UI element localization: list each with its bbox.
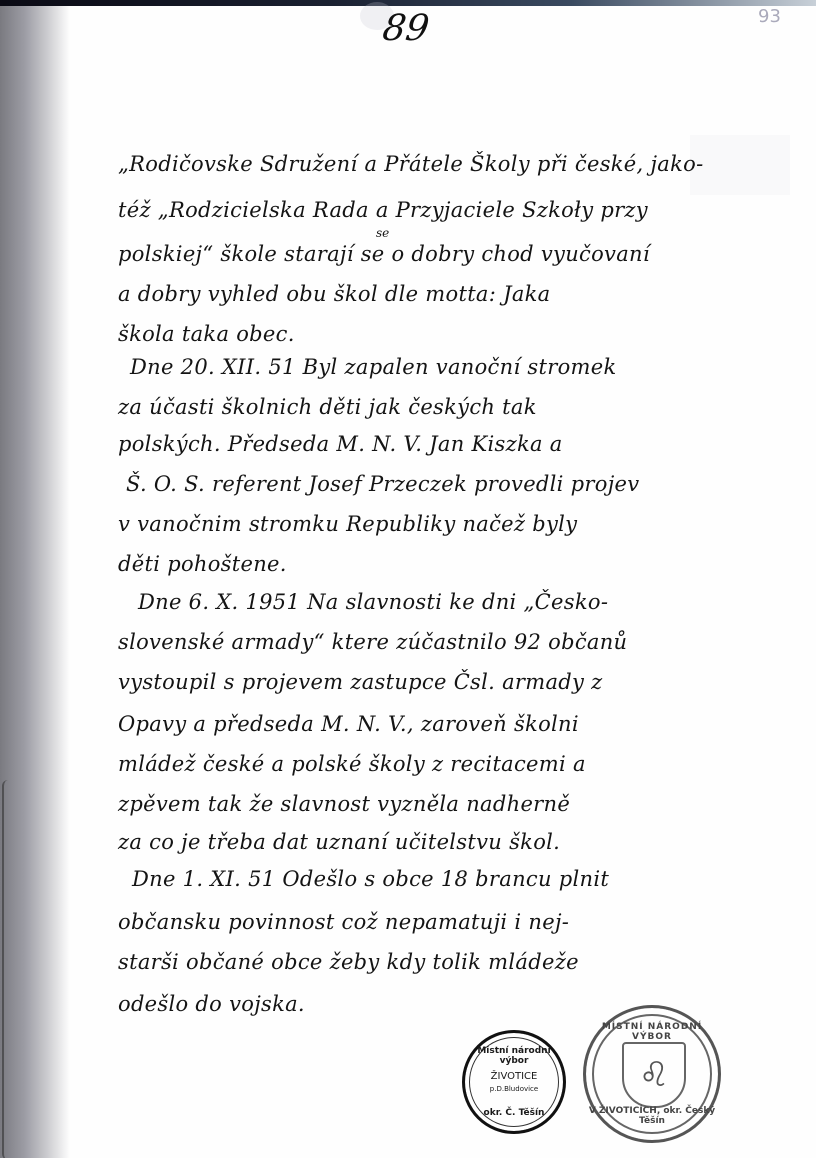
stamp-sub-text: p.D.Bludovice <box>465 1085 563 1093</box>
text-line: Opavy a předseda M. N. V., zaroveň školn… <box>118 712 579 736</box>
text-line: Dne 6. X. 1951 Na slavnosti ke dni „Česk… <box>138 590 608 614</box>
text-line: starši občané obce žeby kdy tolik mládež… <box>118 950 579 974</box>
page-number: 89 <box>380 8 432 49</box>
text-line: mládež české a polské školy z recitacemi… <box>118 752 586 776</box>
scan-page-fold <box>2 780 14 1158</box>
text-line: Š. O. S. referent Josef Przeczek provedl… <box>126 472 639 496</box>
text-line: děti pohoštene. <box>118 552 287 576</box>
text-line: za účasti školnich děti jak českých tak <box>118 395 537 419</box>
superscript-insertion: se <box>376 226 389 240</box>
stamp-bottom-text: okr. Č. Těšín <box>465 1108 563 1118</box>
text-line: Dne 20. XII. 51 Byl zapalen vanoční stro… <box>130 355 617 379</box>
document-page: 89 93 „Rodičovske Sdružení a Přátele Ško… <box>0 0 816 1158</box>
text-line: zpěvem tak že slavnost vyzněla nadherně <box>118 792 570 816</box>
scan-top-edge <box>0 0 816 6</box>
text-line: polskiej“ škole starají se o dobry chod … <box>118 242 650 266</box>
stamp-top-text: MÍSTNÍ NÁRODNÍ VÝBOR <box>586 1022 718 1042</box>
text-line: polských. Předseda M. N. V. Jan Kiszka a <box>118 432 563 456</box>
archive-page-number: 93 <box>758 6 781 27</box>
text-line: v vanočnim stromku Republiky načež byly <box>118 512 577 536</box>
text-line: odešlo do vojska. <box>118 992 305 1016</box>
text-line: též „Rodzicielska Rada a Przyjaciele Szk… <box>118 198 648 222</box>
text-line: slovenské armady“ ktere zúčastnilo 92 ob… <box>118 630 627 654</box>
text-line: za co je třeba dat uznaní učitelstvu ško… <box>118 830 560 854</box>
municipal-stamp-large: MÍSTNÍ NÁRODNÍ VÝBOR ♌ V ŽIVOTICÍCH, okr… <box>583 1005 721 1143</box>
stamp-center-text: ŽIVOTICE <box>465 1071 563 1082</box>
lion-emblem-icon: ♌ <box>622 1042 686 1108</box>
municipal-stamp-small: Mistní národní výbor ŽIVOTICE p.D.Bludov… <box>462 1030 566 1134</box>
text-line: Dne 1. XI. 51 Odešlo s obce 18 brancu pl… <box>132 867 609 891</box>
faded-bleed-through <box>690 135 790 195</box>
stamp-top-text: Mistní národní výbor <box>465 1046 563 1066</box>
text-line: vystoupil s projevem zastupce Čsl. armad… <box>118 670 603 694</box>
stamp-bottom-text: V ŽIVOTICÍCH, okr. Český Těšín <box>586 1106 718 1126</box>
text-line: „Rodičovske Sdružení a Přátele Školy při… <box>118 152 703 176</box>
text-line: a dobry vyhled obu škol dle motta: Jaka <box>118 282 551 306</box>
text-line: občansku povinnost což nepamatuji i nej- <box>118 910 569 934</box>
text-line: škola taka obec. <box>118 322 295 346</box>
